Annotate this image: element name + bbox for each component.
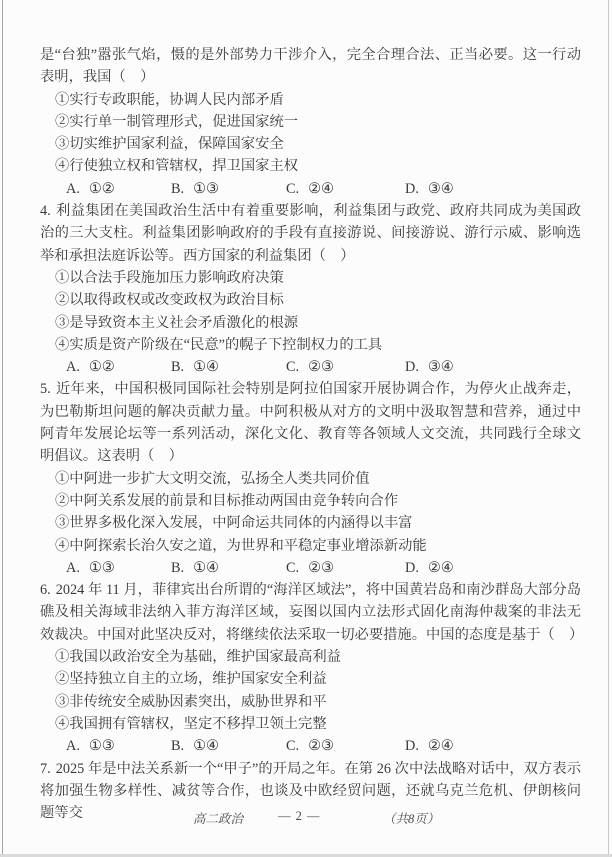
- option-a: A.①②: [66, 356, 171, 378]
- page-scan-edge-right: [608, 0, 609, 857]
- question-item: ④实质是资产阶级在“民意”的幌子下控制权力的工具: [40, 334, 581, 356]
- option-label: D.: [405, 359, 419, 375]
- option-label: B.: [171, 359, 184, 375]
- footer-page-number: — 2 —: [278, 809, 321, 824]
- option-value: ②③: [308, 359, 334, 375]
- option-d: D.③④: [405, 178, 581, 200]
- option-label: D.: [405, 560, 419, 576]
- question-stem: 近年来，中国积极同国际社会特别是阿拉伯国家开展协调合作，为停火止战奔走，为巴勒斯…: [40, 381, 581, 464]
- question-item: ③非传统安全威胁因素突出，威胁世界和平: [40, 691, 581, 713]
- question-stem-paragraph: 6.2024 年 11 月，菲律宾出台所谓的“海洋区域法”，将中国黄岩岛和南沙群…: [40, 579, 581, 646]
- question-number: 4.: [40, 203, 51, 219]
- option-label: A.: [66, 738, 80, 754]
- question-block-6: 6.2024 年 11 月，菲律宾出台所谓的“海洋区域法”，将中国黄岩岛和南沙群…: [40, 579, 581, 757]
- question-item: ②以取得政权或改变政权为政治目标: [40, 289, 581, 311]
- option-value: ①③: [193, 181, 219, 197]
- footer-total-pages: （共8页）: [383, 809, 439, 827]
- option-value: ③④: [428, 181, 454, 197]
- question-number: 5.: [40, 381, 51, 397]
- question-stem-paragraph: 5.近年来，中国积极同国际社会特别是阿拉伯国家开展协调合作，为停火止战奔走，为巴…: [40, 378, 581, 467]
- options-row: A.①② B.①④ C.②③ D.③④: [40, 356, 581, 378]
- question-block-4: 4.利益集团在美国政治生活中有着重要影响，利益集团与政党、政府共同成为美国政治的…: [40, 200, 581, 378]
- option-value: ③④: [428, 359, 454, 375]
- question-item: ③是导致资本主义社会矛盾激化的根源: [40, 312, 581, 334]
- question-item: ④我国拥有管辖权，坚定不移捍卫领土完整: [40, 713, 581, 735]
- option-value: ①④: [193, 738, 219, 754]
- question-item: ①中阿进一步扩大文明交流，弘扬全人类共同价值: [40, 468, 581, 490]
- option-value: ②④: [428, 560, 454, 576]
- option-label: D.: [405, 738, 419, 754]
- question-stem-paragraph: 是“台独”嚣张气焰，慑的是外部势力干涉介入，完全合理合法、正当必要。这一行动表明…: [40, 44, 581, 89]
- exam-paper-page: 是“台独”嚣张气焰，慑的是外部势力干涉介入，完全合理合法、正当必要。这一行动表明…: [0, 0, 612, 857]
- option-label: C.: [286, 181, 299, 197]
- option-label: D.: [405, 181, 419, 197]
- option-value: ②③: [308, 738, 334, 754]
- option-label: A.: [66, 560, 80, 576]
- question-stem: 2024 年 11 月，菲律宾出台所谓的“海洋区域法”，将中国黄岩岛和南沙群岛大…: [40, 582, 583, 643]
- option-d: D.③④: [405, 356, 581, 378]
- question-item: ③切实维护国家利益，保障国家安全: [40, 133, 581, 155]
- option-b: B.①④: [171, 735, 286, 757]
- question-item: ②中阿关系发展的前景和目标推动两国由竞争转向合作: [40, 490, 581, 512]
- option-label: A.: [66, 359, 80, 375]
- options-row: A.①② B.①③ C.②④ D.③④: [40, 178, 581, 200]
- option-label: B.: [171, 560, 184, 576]
- option-a: A.①③: [66, 557, 171, 579]
- option-c: C.②③: [286, 557, 405, 579]
- page-scan-edge-left: [2, 0, 3, 857]
- footer-course-label: 高二政治: [193, 809, 243, 827]
- option-value: ①②: [89, 359, 115, 375]
- question-number: 7.: [40, 761, 51, 777]
- option-b: B.①④: [171, 356, 286, 378]
- option-label: C.: [286, 359, 299, 375]
- option-value: ②④: [308, 181, 334, 197]
- question-item: ②坚持独立自主的立场，维护国家安全利益: [40, 668, 581, 690]
- option-a: A.①②: [66, 178, 171, 200]
- option-value: ①③: [89, 738, 115, 754]
- option-value: ②④: [428, 738, 454, 754]
- question-block-5: 5.近年来，中国积极同国际社会特别是阿拉伯国家开展协调合作，为停火止战奔走，为巴…: [40, 378, 581, 579]
- option-value: ①②: [89, 181, 115, 197]
- question-item: ①我国以政治安全为基础，维护国家最高利益: [40, 646, 581, 668]
- option-c: C.②④: [286, 178, 405, 200]
- option-label: B.: [171, 738, 184, 754]
- question-stem: 利益集团在美国政治生活中有着重要影响，利益集团与政党、政府共同成为美国政治的三大…: [40, 203, 581, 264]
- question-item: ④中阿探索长治久安之道，为世界和平稳定事业增添新动能: [40, 535, 581, 557]
- question-block-3: 是“台独”嚣张气焰，慑的是外部势力干涉介入，完全合理合法、正当必要。这一行动表明…: [40, 44, 581, 200]
- option-label: A.: [66, 181, 80, 197]
- option-b: B.①③: [171, 178, 286, 200]
- option-d: D.②④: [405, 557, 581, 579]
- question-number: 6.: [40, 582, 51, 598]
- question-item: ①以合法手段施加压力影响政府决策: [40, 267, 581, 289]
- options-row: A.①③ B.①④ C.②③ D.②④: [40, 735, 581, 757]
- question-item: ②实行单一制管理形式，促进国家统一: [40, 111, 581, 133]
- option-a: A.①③: [66, 735, 171, 757]
- page-content: 是“台独”嚣张气焰，慑的是外部势力干涉介入，完全合理合法、正当必要。这一行动表明…: [40, 44, 581, 824]
- option-c: C.②③: [286, 735, 405, 757]
- question-stem-paragraph: 4.利益集团在美国政治生活中有着重要影响，利益集团与政党、政府共同成为美国政治的…: [40, 200, 581, 267]
- option-value: ①④: [193, 359, 219, 375]
- options-row: A.①③ B.①④ C.②③ D.②④: [40, 557, 581, 579]
- question-item: ④行使独立权和管辖权，捍卫国家主权: [40, 155, 581, 177]
- question-item: ③世界多极化深入发展，中阿命运共同体的内涵得以丰富: [40, 512, 581, 534]
- option-value: ①④: [193, 560, 219, 576]
- page-footer: 高二政治 — 2 — （共8页）: [0, 809, 612, 829]
- option-label: C.: [286, 560, 299, 576]
- option-value: ①③: [89, 560, 115, 576]
- option-c: C.②③: [286, 356, 405, 378]
- option-value: ②③: [308, 560, 334, 576]
- option-label: B.: [171, 181, 184, 197]
- option-b: B.①④: [171, 557, 286, 579]
- option-label: C.: [286, 738, 299, 754]
- question-item: ①实行专政职能，协调人民内部矛盾: [40, 89, 581, 111]
- question-stem: 是“台独”嚣张气焰，慑的是外部势力干涉介入，完全合理合法、正当必要。这一行动表明…: [40, 47, 581, 85]
- option-d: D.②④: [405, 735, 581, 757]
